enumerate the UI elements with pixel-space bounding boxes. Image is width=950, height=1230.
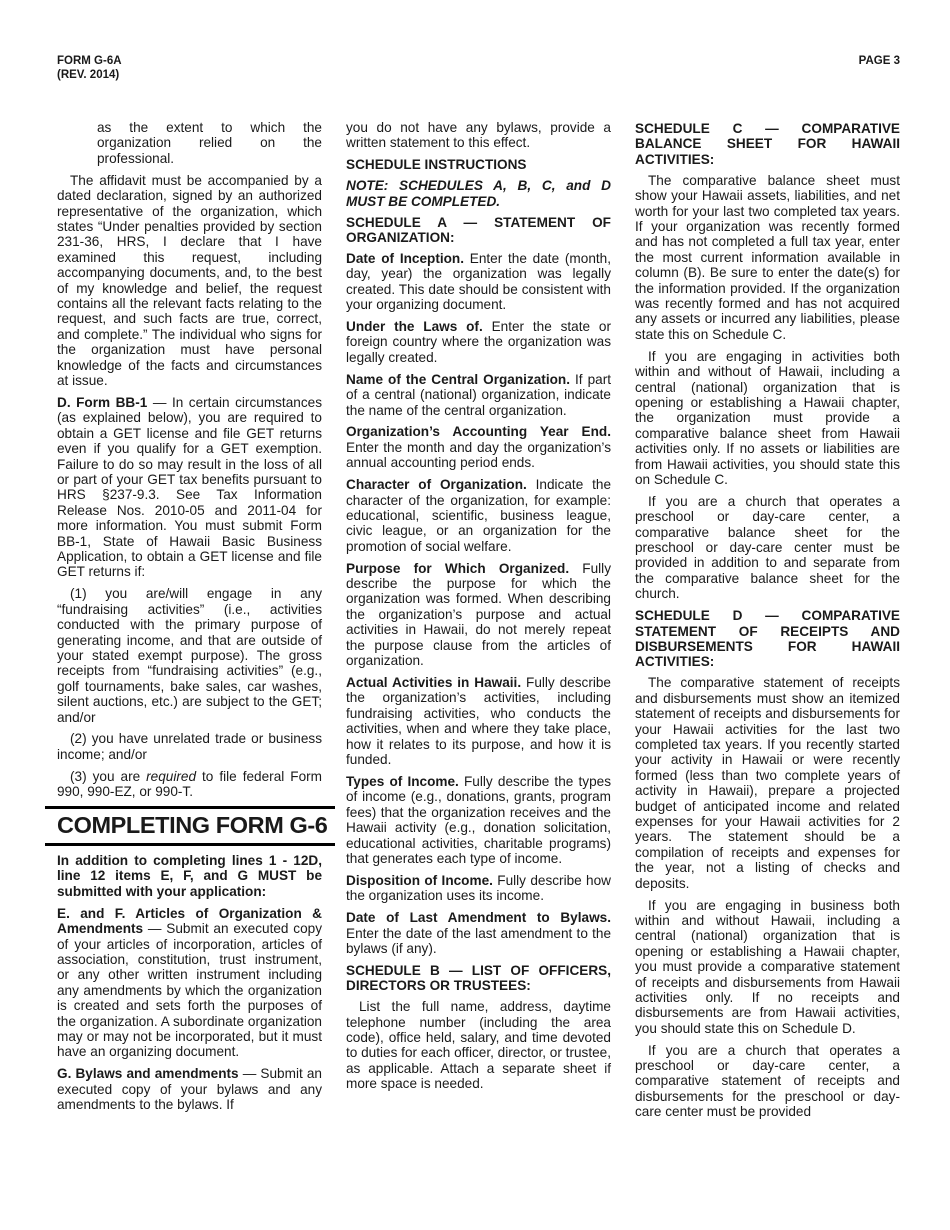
form-revision: (REV. 2014) — [57, 69, 122, 83]
schedule-instructions-heading: SCHEDULE INSTRUCTIONS — [346, 157, 611, 172]
form-identifier-block: FORM G-6A (REV. 2014) — [57, 55, 122, 82]
paragraph-lead: Actual Activities in Hawaii. — [346, 675, 521, 690]
schedule-b-heading: SCHEDULE B — LIST OF OFFICERS, DIRECTORS… — [346, 963, 611, 994]
schedule-d-para-1: The comparative statement of receipts an… — [635, 675, 900, 891]
page-header: FORM G-6A (REV. 2014) PAGE 3 — [57, 55, 900, 82]
completing-form-g6-banner: COMPLETING FORM G-6 — [45, 806, 335, 846]
professional-reliance-continuation: as the extent to which the organization … — [97, 120, 322, 166]
paragraph-lead: Date of Last Amendment to Bylaws. — [346, 910, 611, 925]
accounting-year-end: Organization’s Accounting Year End. Ente… — [346, 424, 611, 470]
paragraph-lead: Under the Laws of. — [346, 319, 483, 334]
date-of-inception: Date of Inception. Enter the date (month… — [346, 251, 611, 313]
paragraph-lead: Purpose for Which Organized. — [346, 561, 569, 576]
paragraph-lead: D. Form BB-1 — [57, 395, 147, 410]
schedule-c-para-2: If you are engaging in activities both w… — [635, 349, 900, 488]
purpose-for-which-organized: Purpose for Which Organized. Fully descr… — [346, 561, 611, 669]
column-1: as the extent to which the organization … — [57, 120, 322, 1126]
column-2: you do not have any bylaws, provide a wr… — [346, 120, 611, 1126]
submission-requirements-note: In addition to completing lines 1 - 12D,… — [57, 853, 322, 899]
form-id: FORM G-6A — [57, 55, 122, 69]
schedule-c-para-1: The comparative balance sheet must show … — [635, 173, 900, 342]
affidavit-declaration-paragraph: The affidavit must be accompanied by a d… — [57, 173, 322, 389]
schedule-c-para-3: If you are a church that operates a pres… — [635, 494, 900, 602]
schedule-d-heading: SCHEDULE D — COMPARATIVE STATEMENT OF RE… — [635, 608, 900, 670]
fundraising-activities-item-1: (1) you are/will engage in any “fundrais… — [57, 586, 322, 725]
unrelated-income-item-2: (2) you have unrelated trade or business… — [57, 731, 322, 762]
schedule-c-heading: SCHEDULE C — COMPARATIVE BALANCE SHEET F… — [635, 121, 900, 167]
schedule-d-para-2: If you are engaging in business both wit… — [635, 898, 900, 1037]
paragraph-lead: Character of Organization. — [346, 477, 527, 492]
date-of-last-amendment-to-bylaws: Date of Last Amendment to Bylaws. Enter … — [346, 910, 611, 956]
under-the-laws-of: Under the Laws of. Enter the state or fo… — [346, 319, 611, 365]
paragraph-lead: Date of Inception. — [346, 251, 464, 266]
paragraph-lead: Disposition of Income. — [346, 873, 493, 888]
name-of-central-organization: Name of the Central Organization. If par… — [346, 372, 611, 418]
paragraph-lead: G. Bylaws and amendments — [57, 1066, 239, 1081]
page-number: PAGE 3 — [859, 55, 900, 69]
paragraph-lead: Types of Income. — [346, 774, 459, 789]
types-of-income: Types of Income. Fully describe the type… — [346, 774, 611, 866]
document-page: FORM G-6A (REV. 2014) PAGE 3 as the exte… — [0, 0, 950, 1230]
item-d-form-bb1: D. Form BB-1 — In certain circumstances … — [57, 395, 322, 580]
schedule-b-instructions: List the full name, address, daytime tel… — [346, 999, 611, 1091]
schedule-d-para-3: If you are a church that operates a pres… — [635, 1043, 900, 1120]
paragraph-lead: Name of the Central Organization. — [346, 372, 570, 387]
actual-activities-in-hawaii: Actual Activities in Hawaii. Fully descr… — [346, 675, 611, 767]
item-e-f-articles-of-organization: E. and F. Articles of Organization & Ame… — [57, 906, 322, 1060]
federal-form-990-item-3: (3) you are required to file federal For… — [57, 769, 322, 800]
paragraph-lead: Organization’s Accounting Year End. — [346, 424, 611, 439]
paragraph-lead: E. and F. Articles of Organization & Ame… — [57, 906, 322, 936]
character-of-organization: Character of Organization. Indicate the … — [346, 477, 611, 554]
item-g-bylaws-and-amendments: G. Bylaws and amendments — Submit an exe… — [57, 1066, 322, 1112]
column-3: SCHEDULE C — COMPARATIVE BALANCE SHEET F… — [635, 120, 900, 1126]
schedules-required-note: NOTE: SCHEDULES A, B, C, and D MUST BE C… — [346, 178, 611, 209]
bylaws-continuation: you do not have any bylaws, provide a wr… — [346, 120, 611, 151]
disposition-of-income: Disposition of Income. Fully describe ho… — [346, 873, 611, 904]
schedule-a-heading: SCHEDULE A — STATEMENT OF ORGANIZATION: — [346, 215, 611, 246]
text-columns: as the extent to which the organization … — [57, 120, 900, 1126]
